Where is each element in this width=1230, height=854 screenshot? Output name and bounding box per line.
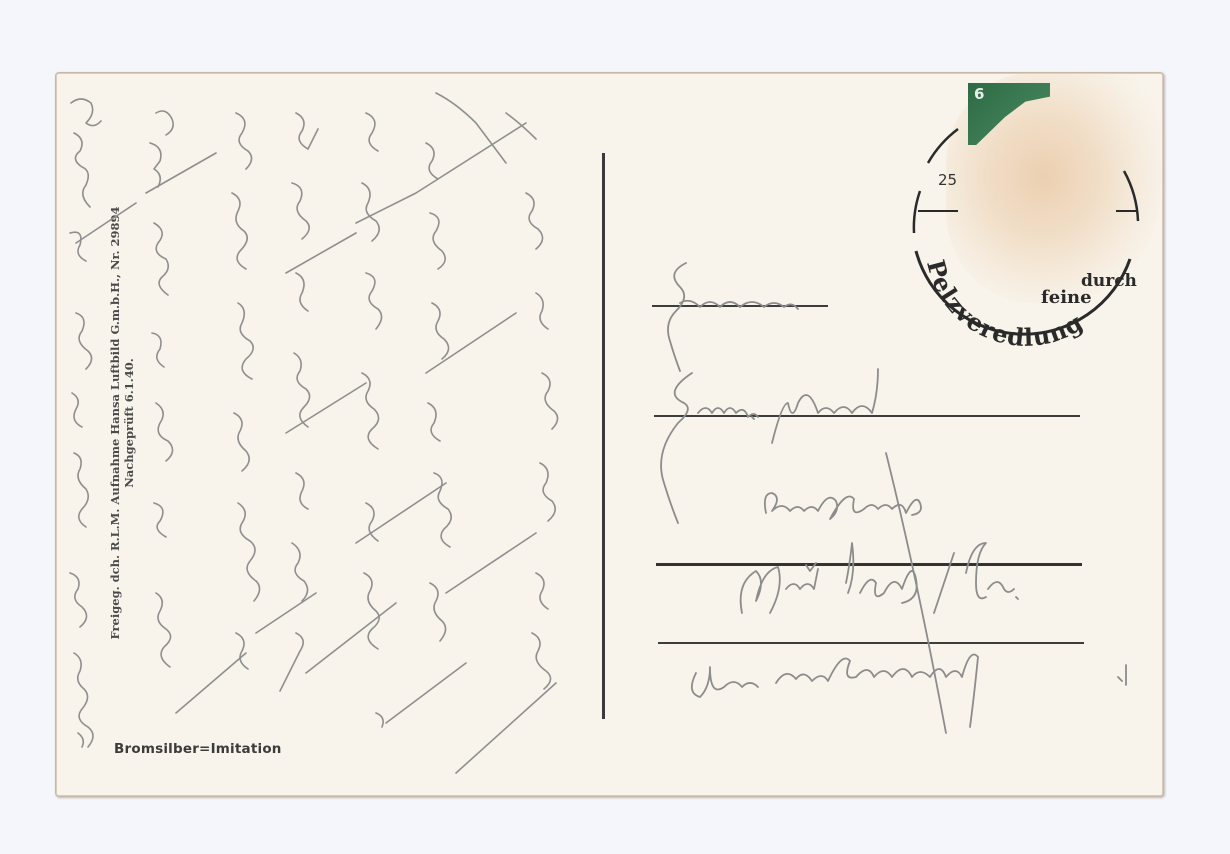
postmark-slogan-word2: feine (1041, 287, 1092, 308)
postmark-date: 25 (938, 171, 957, 189)
handwritten-message (56, 73, 606, 796)
postmark-ring-icon: Pelzveredlung (898, 101, 1148, 351)
printed-credit-line2: Nachgeprüft 6.1.40. (122, 143, 136, 703)
printed-credit-line1: Freigeg. dch. R.L.M. Aufnahme Hansa Luft… (108, 143, 122, 703)
address-line-3 (656, 563, 1082, 566)
address-line-4 (658, 642, 1084, 644)
postmark: Pelzveredlung (898, 101, 1148, 351)
postcard: Freigeg. dch. R.L.M. Aufnahme Hansa Luft… (55, 72, 1164, 797)
handwriting-strokes (56, 73, 606, 796)
address-line-1 (652, 305, 828, 307)
printed-footer: Bromsilber=Imitation (114, 741, 282, 757)
address-line-2 (654, 415, 1080, 417)
printed-credit: Freigeg. dch. R.L.M. Aufnahme Hansa Luft… (108, 143, 136, 703)
message-address-divider (602, 153, 605, 719)
